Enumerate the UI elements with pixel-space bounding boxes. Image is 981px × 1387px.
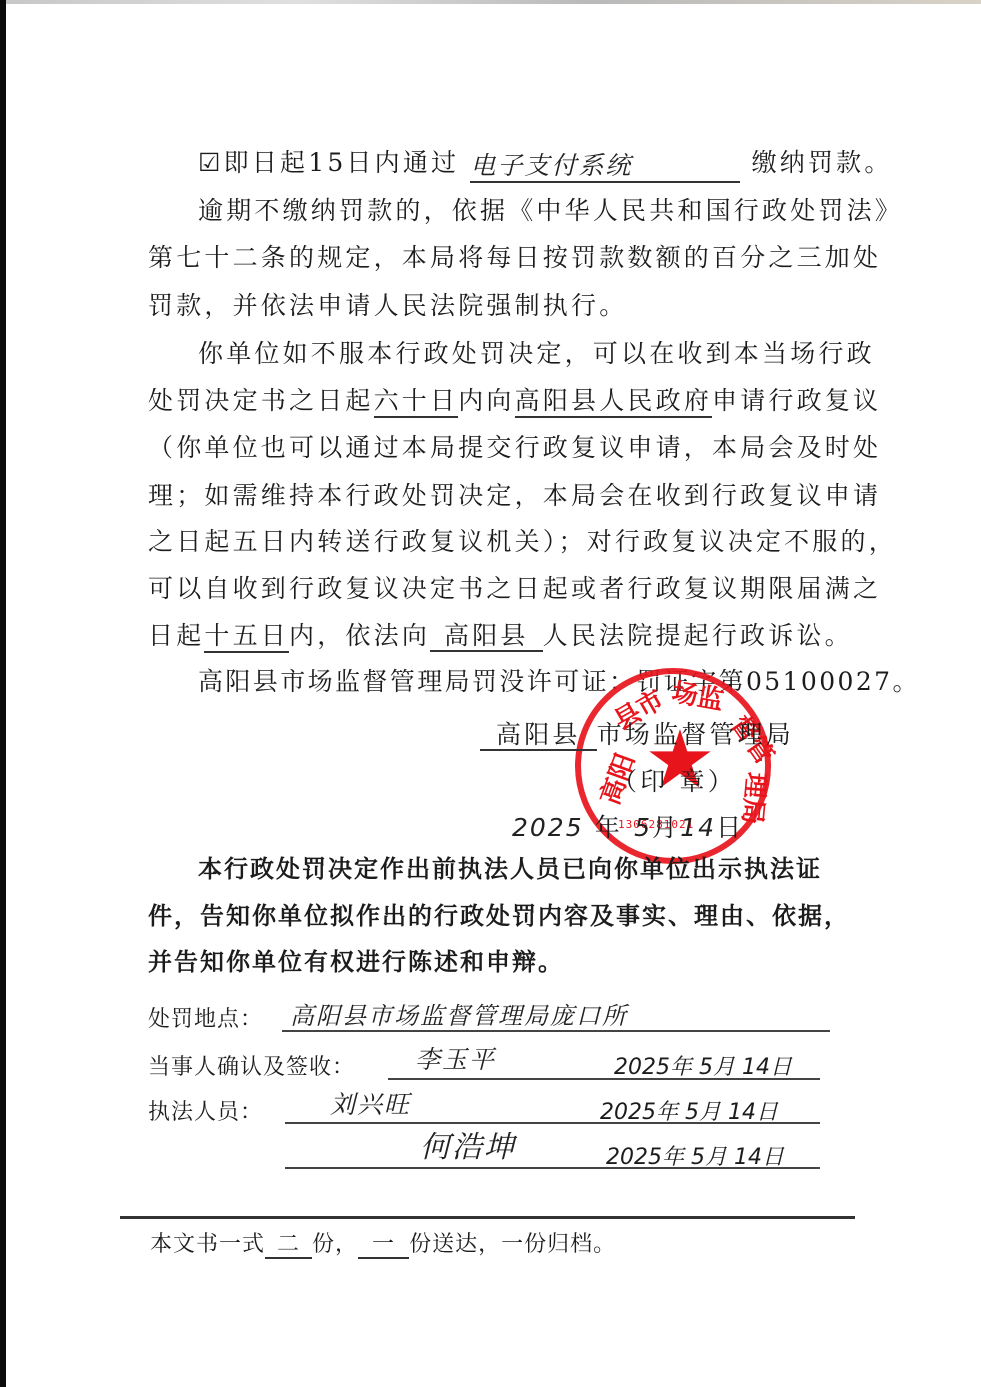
appeal-line-3: （你单位也可以通过本局提交行政复议申请，本局会及时处 bbox=[148, 428, 881, 468]
footer-copies-line: 本文书一式二份，一份送达，一份归档。 bbox=[150, 1225, 616, 1265]
appeal-line-5: 之日起五日内转送行政复议机关）；对行政复议决定不服的， bbox=[148, 522, 897, 562]
officer1-sign-date: 2025年 5月 14日 bbox=[600, 1095, 778, 1126]
officer2-signature: 何浩坤 bbox=[420, 1128, 516, 1168]
officer1-signature: 刘兴旺 bbox=[330, 1085, 411, 1125]
payment-line: ☑即日起15日内通过 电子支付系统 缴纳罚款。 bbox=[198, 143, 893, 183]
appeal-line-7: 日起十五日内，依法向高阳县人民法院提起行政诉讼。 bbox=[148, 616, 853, 656]
issuer-agency: 市场监督管理局 bbox=[597, 720, 794, 749]
issuer-line: 高阳县市场监督管理局 bbox=[480, 715, 794, 755]
overdue-line-2: 第七十二条的规定，本局将每日按罚款数额的百分之三加处 bbox=[148, 238, 881, 278]
seal-label: （印 章） bbox=[612, 762, 736, 802]
footer-text: 份， bbox=[312, 1232, 358, 1257]
appeal-line-4: 理；如需维持本行政处罚决定，本局会在收到行政复议申请 bbox=[148, 476, 881, 516]
overdue-line-3: 罚款，并依法申请人民法院强制执行。 bbox=[148, 286, 627, 326]
officer2-sign-date: 2025年 5月 14日 bbox=[606, 1140, 784, 1171]
scan-edge-top bbox=[6, 0, 981, 4]
issue-year: 2025 bbox=[512, 813, 584, 842]
litigation-days: 十五日 bbox=[204, 621, 289, 653]
year-label: 年 bbox=[595, 813, 623, 842]
appeal-days: 六十日 bbox=[374, 386, 459, 418]
checkbox-checked: ☑ bbox=[198, 148, 224, 177]
issue-date: 2025 年 5月14日 bbox=[512, 808, 744, 848]
footer-divider bbox=[120, 1216, 855, 1219]
month-label: 月 bbox=[652, 813, 680, 842]
issue-day: 14 bbox=[680, 813, 716, 842]
appeal-text: 内向 bbox=[458, 386, 514, 415]
party-sign-date: 2025年 5月 14日 bbox=[614, 1050, 792, 1081]
party-signature: 李玉平 bbox=[415, 1040, 496, 1080]
litigation-court: 高阳县 bbox=[430, 621, 543, 652]
payment-prefix: 即日起15日内通过 bbox=[224, 148, 460, 177]
payment-method-handwritten: 电子支付系统 bbox=[470, 151, 740, 183]
license-line: 高阳县市场监督管理局罚没许可证：罚证字第05100027。 bbox=[198, 662, 920, 702]
appeal-line-1: 你单位如不服本行政处罚决定，可以在收到本当场行政 bbox=[198, 334, 875, 374]
payment-suffix: 缴纳罚款。 bbox=[752, 148, 893, 177]
appeal-text: 内，依法向 bbox=[289, 621, 430, 650]
appeal-text: 处罚决定书之日起 bbox=[148, 386, 374, 415]
review-authority: 高阳县人民政府 bbox=[515, 386, 712, 418]
notice-line-2: 件，告知你单位拟作出的行政处罚内容及事实、理由、依据， bbox=[148, 896, 850, 936]
issuer-county: 高阳县 bbox=[480, 720, 597, 751]
day-label: 日 bbox=[716, 813, 744, 842]
appeal-text: 日起 bbox=[148, 621, 204, 650]
appeal-line-6: 可以自收到行政复议决定书之日起或者行政复议期限届满之 bbox=[148, 569, 881, 609]
notice-line-1: 本行政处罚决定作出前执法人员已向你单位出示执法证 bbox=[198, 849, 822, 889]
overdue-line-1: 逾期不缴纳罚款的，依据《中华人民共和国行政处罚法》 bbox=[198, 191, 903, 231]
footer-text: 份送达，一份归档。 bbox=[409, 1232, 616, 1257]
appeal-line-2: 处罚决定书之日起六十日内向高阳县人民政府申请行政复议 bbox=[148, 381, 881, 421]
location-value-handwritten: 高阳县市场监督管理局庞口所 bbox=[290, 996, 628, 1036]
notice-line-3: 并告知你单位有权进行陈述和申辩。 bbox=[148, 942, 564, 982]
scan-edge-left bbox=[0, 0, 6, 1387]
party-confirm-label: 当事人确认及签收： bbox=[148, 1048, 355, 1088]
appeal-text: 申请行政复议 bbox=[712, 386, 881, 415]
location-label: 处罚地点： bbox=[148, 1000, 263, 1040]
issue-month: 5 bbox=[634, 813, 652, 842]
appeal-text: 人民法院提起行政诉讼。 bbox=[543, 621, 853, 650]
footer-text: 本文书一式 bbox=[150, 1232, 265, 1257]
officer-label: 执法人员： bbox=[148, 1093, 263, 1133]
delivered-copies: 一 bbox=[358, 1232, 409, 1259]
total-copies: 二 bbox=[265, 1232, 312, 1259]
